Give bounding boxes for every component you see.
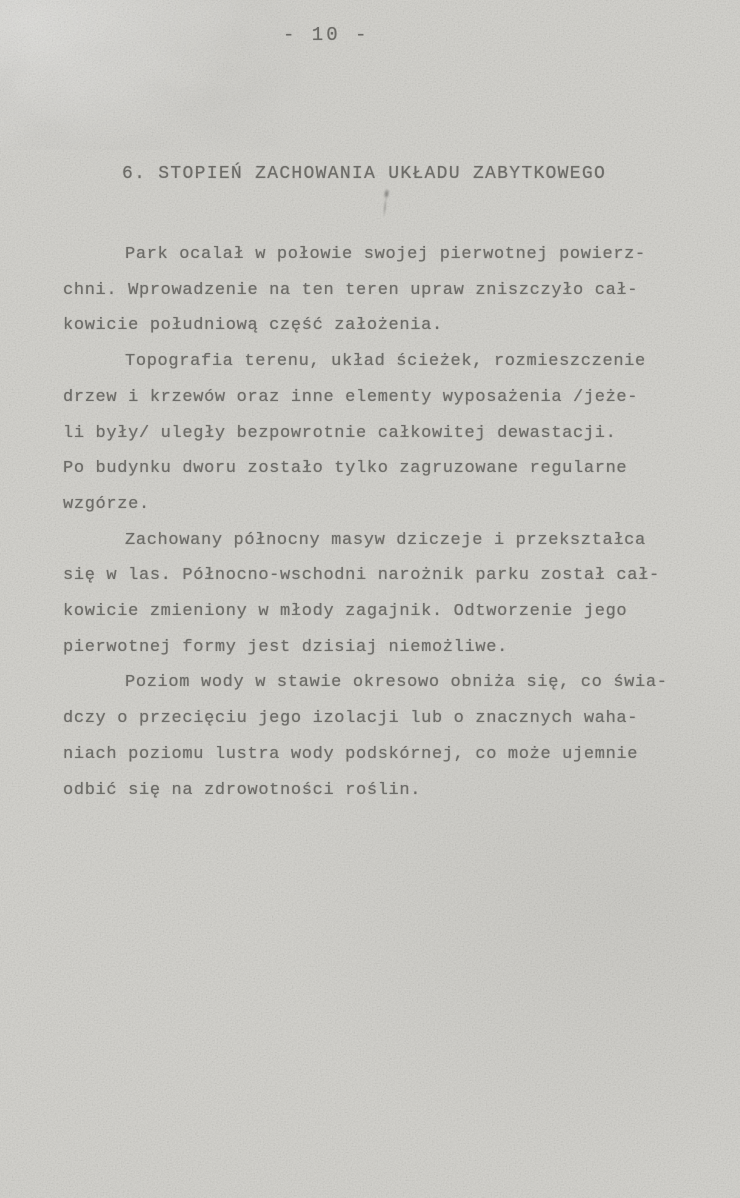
paper-mottling-texture xyxy=(0,0,300,150)
text-line: Topografia terenu, układ ścieżek, rozmie… xyxy=(63,344,703,380)
text-line: kowicie zmieniony w młody zagajnik. Odtw… xyxy=(63,594,703,630)
scanned-document-page: - 10 - 6. STOPIEŃ ZACHOWANIA UKŁADU ZABY… xyxy=(0,0,740,1198)
section-heading: 6. STOPIEŃ ZACHOWANIA UKŁADU ZABYTKOWEGO xyxy=(122,164,606,184)
text-line: pierwotnej formy jest dzisiaj niemożliwe… xyxy=(63,630,703,666)
paragraph: Topografia terenu, układ ścieżek, rozmie… xyxy=(63,344,703,523)
text-line: wzgórze. xyxy=(63,487,703,523)
text-line: się w las. Północno-wschodni narożnik pa… xyxy=(63,558,703,594)
text-line: niach poziomu lustra wody podskórnej, co… xyxy=(63,737,703,773)
document-body: Park ocalał w połowie swojej pierwotnej … xyxy=(63,237,703,808)
paragraph: Park ocalał w połowie swojej pierwotnej … xyxy=(63,237,703,344)
text-line: Poziom wody w stawie okresowo obniża się… xyxy=(63,665,703,701)
text-line: Zachowany północny masyw dziczeje i prze… xyxy=(63,523,703,559)
text-line: chni. Wprowadzenie na ten teren upraw zn… xyxy=(63,273,703,309)
text-line: Park ocalał w połowie swojej pierwotnej … xyxy=(63,237,703,273)
text-line: drzew i krzewów oraz inne elementy wypos… xyxy=(63,380,703,416)
text-line: odbić się na zdrowotności roślin. xyxy=(63,773,703,809)
text-line: Po budynku dworu zostało tylko zagruzowa… xyxy=(63,451,703,487)
text-line: dczy o przecięciu jego izolacji lub o zn… xyxy=(63,701,703,737)
text-line: li były/ uległy bezpowrotnie całkowitej … xyxy=(63,416,703,452)
page-number: - 10 - xyxy=(283,24,369,46)
ink-smudge-artifact xyxy=(379,188,391,221)
text-line: kowicie południową część założenia. xyxy=(63,308,703,344)
paragraph: Poziom wody w stawie okresowo obniża się… xyxy=(63,665,703,808)
paragraph: Zachowany północny masyw dziczeje i prze… xyxy=(63,523,703,666)
